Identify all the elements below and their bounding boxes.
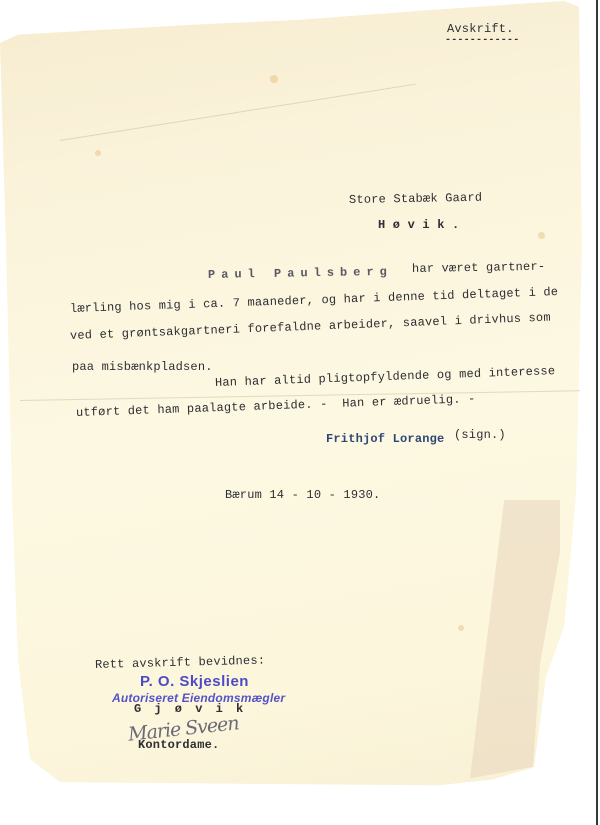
paper-stain xyxy=(458,625,464,631)
paper-stain xyxy=(95,150,101,156)
signature-note: (sign.) xyxy=(454,428,506,442)
address-line-2: H ø v i k . xyxy=(378,218,459,232)
certifier-role: Kontordame. xyxy=(138,738,219,752)
header-underline: ------------ xyxy=(445,35,519,46)
paper-stain xyxy=(538,232,545,239)
body-line: paa misbænkpladsen. xyxy=(72,360,213,374)
address-line-1: Store Stabæk Gaard xyxy=(349,191,482,207)
header-label: Avskrift. xyxy=(447,22,514,36)
body-line: har været gartner- xyxy=(412,260,545,276)
date-line: Bærum 14 - 10 - 1930. xyxy=(225,488,380,502)
paper-stain xyxy=(270,75,278,83)
stamp-name: P. O. Skjeslien xyxy=(140,673,249,690)
scan-edge xyxy=(596,0,598,825)
signatory-name: Frithjof Lorange xyxy=(326,432,444,446)
